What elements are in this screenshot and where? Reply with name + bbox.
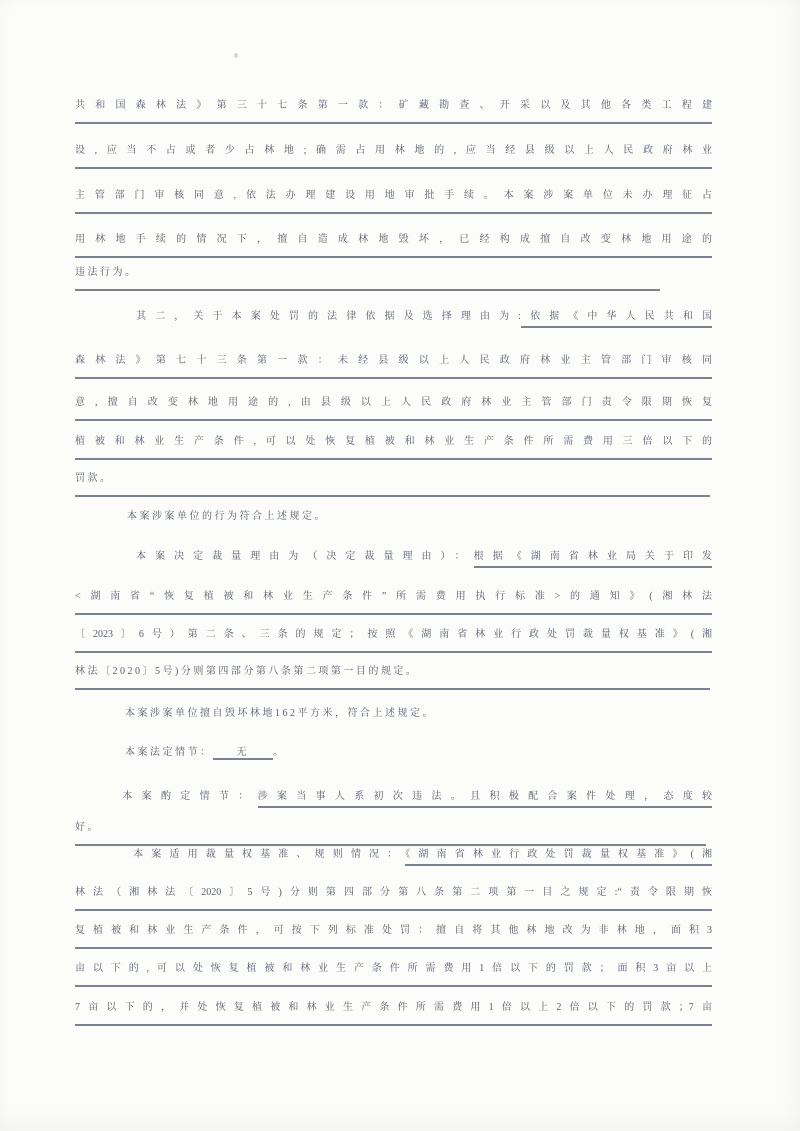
underlined-text: 无 (213, 747, 274, 760)
document-line: 本案涉案单位擅自毁坏林地162平方米，符合上述规定。 (75, 700, 712, 730)
text: 。 (273, 747, 286, 758)
document-line: 罚款。 (75, 465, 710, 497)
document-line: 本案涉案单位的行为符合上述规定。 (75, 503, 712, 533)
document-line: 本案法定情节：无。 (75, 739, 712, 769)
underlined-text: 7亩以下的，并处恢复植被和林业生产条件所需费用1倍以上2倍以下的罚款；7亩 (75, 1002, 712, 1013)
underlined-text: 设,应当不占或者少占林地;确需占用林地的,应当经县级以上人民政府林业 (75, 145, 712, 156)
document-line: 共和国森林法》第三十七条第一款：矿藏勘查、开采以及其他各类工程建 (75, 92, 712, 124)
scan-artifact-dot (234, 53, 238, 58)
text: 其二，关于本案处罚的法律依据及选择理由为: (127, 311, 521, 322)
underlined-text: 用林地手续的情况下，擅自造成林地毁坏，已经构成擅自改变林地用途的 (75, 234, 712, 245)
document-line: 意,擅自改变林地用途的,由县级以上人民政府林业主管部门责令限期恢复 (75, 389, 712, 421)
underlined-text: 林法（湘林法〔2020〕5号)分则第四部分第八条第二项第一目之规定:“责令限期恢 (75, 887, 712, 898)
document-line: 本案决定裁量理由为（决定裁量理由）：根据《湖南省林业局关于印发 (75, 543, 712, 573)
underlined-text: 主管部门审核同意,依法办理建设用地审批手续。本案涉案单位未办理征占 (75, 190, 712, 201)
paragraph-indent (75, 558, 127, 559)
underlined-text: 意,擅自改变林地用途的,由县级以上人民政府林业主管部门责令限期恢复 (75, 397, 712, 408)
document-line: 违法行为。 (75, 259, 660, 291)
text: 本案法定情节： (125, 747, 213, 758)
document-line: 设,应当不占或者少占林地;确需占用林地的,应当经县级以上人民政府林业 (75, 137, 712, 169)
underlined-text: <湖南省“恢复植被和林业生产条件”所需费用执行标准>的通知》(湘林法 (75, 591, 712, 602)
underlined-text: 罚款。 (75, 473, 113, 484)
document-line: 林法〔2020〕5号)分则第四部分第八条第二项第一目的规定。 (75, 658, 710, 690)
document-line: 亩以下的,可以处恢复植被和林业生产条件所需费用1倍以下的罚款；面积3亩以上 (75, 955, 712, 987)
underlined-text: 复植被和林业生产条件，可按下列标准处罚：擅自将其他林地改为非林地，面积3 (75, 925, 712, 936)
text: 本案适用裁量权基准、规则情况： (125, 849, 405, 860)
underlined-text: 共和国森林法》第三十七条第一款：矿藏勘查、开采以及其他各类工程建 (75, 100, 712, 111)
document-line: 其二，关于本案处罚的法律依据及选择理由为:依据《中华人民共和国 (75, 303, 712, 333)
underlined-text: 涉案当事人系初次违法。且积极配合案件处理，态度较 (258, 791, 712, 808)
document-line: 复植被和林业生产条件，可按下列标准处罚：擅自将其他林地改为非林地，面积3 (75, 917, 712, 949)
paragraph-indent (75, 856, 125, 857)
paragraph-indent (75, 318, 127, 319)
document-line: 7亩以下的，并处恢复植被和林业生产条件所需费用1倍以上2倍以下的罚款；7亩 (75, 994, 712, 1026)
document-line: 植被和林业生产条件,可以处恢复植被和林业生产条件所需费用三倍以下的 (75, 428, 712, 460)
document-line: 本案适用裁量权基准、规则情况：《湖南省林业行政处罚裁量权基准》(湘 (75, 841, 712, 871)
document-line: 本案酌定情节：涉案当事人系初次违法。且积极配合案件处理，态度较 (75, 783, 712, 813)
paragraph-indent (75, 518, 127, 519)
document-line: 主管部门审核同意,依法办理建设用地审批手续。本案涉案单位未办理征占 (75, 182, 712, 214)
underlined-text: 依据《中华人民共和国 (521, 311, 712, 328)
underlined-text: 林法〔2020〕5号)分则第四部分第八条第二项第一目的规定。 (75, 666, 418, 677)
underlined-text: 好。 (75, 822, 100, 833)
underlined-text: 根据《湖南省林业局关于印发 (474, 551, 712, 568)
document-line: 〔2023〕6号）第二条、三条的规定；按照《湖南省林业行政处罚裁量权基准》(湘 (75, 621, 712, 653)
text: 本案酌定情节： (113, 791, 258, 802)
underlined-text: 亩以下的,可以处恢复植被和林业生产条件所需费用1倍以下的罚款；面积3亩以上 (75, 963, 712, 974)
paragraph-indent (75, 754, 125, 755)
document-line: <湖南省“恢复植被和林业生产条件”所需费用执行标准>的通知》(湘林法 (75, 583, 712, 615)
paragraph-indent (75, 715, 125, 716)
text: 本案涉案单位擅自毁坏林地162平方米，符合上述规定。 (125, 708, 435, 719)
document-line: 森林法》第七十三条第一款：未经县级以上人民政府林业主管部门审核同 (75, 347, 712, 379)
paragraph-indent (75, 798, 113, 799)
document-line: 用林地手续的情况下，擅自造成林地毁坏，已经构成擅自改变林地用途的 (75, 226, 712, 258)
text: 本案涉案单位的行为符合上述规定。 (127, 511, 327, 522)
underlined-text: 违法行为。 (75, 267, 138, 278)
underlined-text: 森林法》第七十三条第一款：未经县级以上人民政府林业主管部门审核同 (75, 355, 712, 366)
underlined-text: 〔2023〕6号）第二条、三条的规定；按照《湖南省林业行政处罚裁量权基准》(湘 (75, 629, 712, 640)
document-line: 林法（湘林法〔2020〕5号)分则第四部分第八条第二项第一目之规定:“责令限期恢 (75, 879, 712, 911)
underlined-text: 《湖南省林业行政处罚裁量权基准》(湘 (405, 849, 712, 866)
text: 本案决定裁量理由为（决定裁量理由）： (127, 551, 474, 562)
underlined-text: 植被和林业生产条件,可以处恢复植被和林业生产条件所需费用三倍以下的 (75, 436, 712, 447)
scanned-document-page: 共和国森林法》第三十七条第一款：矿藏勘查、开采以及其他各类工程建设,应当不占或者… (0, 0, 800, 1131)
